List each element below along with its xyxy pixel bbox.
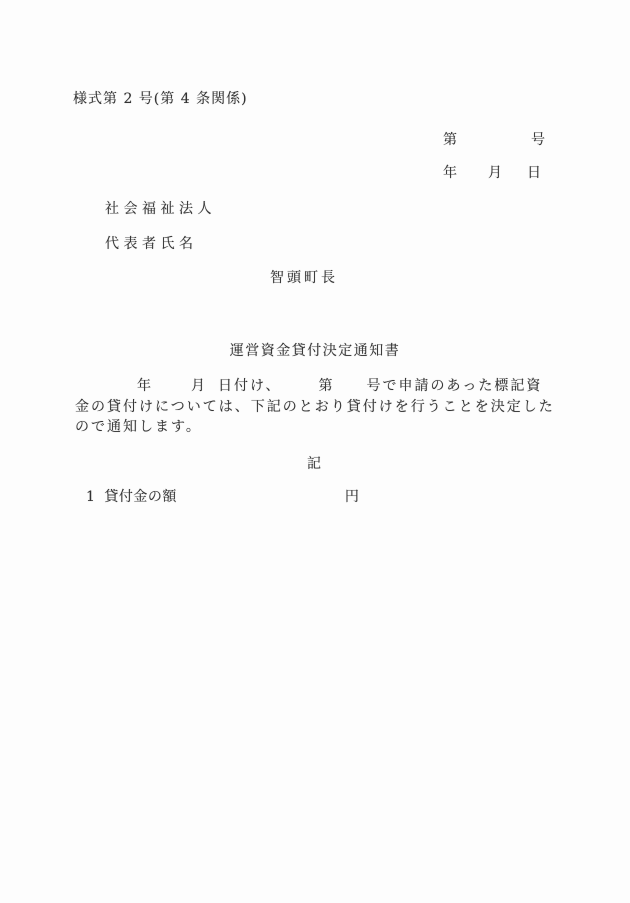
date-year-blank-field xyxy=(459,176,488,177)
item-unit-label: 円 xyxy=(345,489,360,505)
date-day-label: 日 xyxy=(527,165,543,181)
item-label: 貸付金の額 xyxy=(104,489,177,505)
sender-title-label: 智頭町長 xyxy=(270,271,338,286)
body-indent-blank-field xyxy=(75,389,137,390)
item-number: 1 xyxy=(86,489,95,505)
number-blank-field xyxy=(459,143,531,144)
date-month-label: 月 xyxy=(488,165,504,181)
form-number-label: 様式第 2 号(第 4 条関係) xyxy=(73,92,248,107)
addressee-organization-label: 社会福祉法人 xyxy=(105,202,216,217)
body-day-phrase: 日付け、 xyxy=(218,378,281,394)
body-application-number-rest: 号で申請のあった標記資 xyxy=(366,378,542,394)
loan-amount-item-row: 1貸付金の額円 xyxy=(86,490,359,505)
item-amount-blank-field xyxy=(177,500,345,501)
body-paragraph-line-1: 年月日付け、第号で申請のあった標記資 xyxy=(75,379,542,394)
body-month-label: 月 xyxy=(191,378,207,394)
document-number-line: 第号 xyxy=(443,133,547,148)
body-year-blank-field xyxy=(153,389,191,390)
date-month-blank-field xyxy=(504,176,527,177)
body-paragraph-line-3: ので通知します。 xyxy=(75,420,202,435)
body-month-blank-field xyxy=(207,389,218,390)
number-suffix-label: 号 xyxy=(531,132,547,148)
section-marker: 記 xyxy=(0,457,630,472)
body-application-number-blank-field-1 xyxy=(281,389,318,390)
number-prefix-label: 第 xyxy=(443,132,459,148)
body-paragraph-line-2: 金の貸付けについては、下記のとおり貸付けを行うことを決定した xyxy=(75,400,555,415)
body-year-label: 年 xyxy=(137,378,153,394)
date-year-label: 年 xyxy=(443,165,459,181)
document-title: 運営資金貸付決定通知書 xyxy=(0,344,630,359)
date-line: 年月日 xyxy=(443,166,543,181)
body-application-number-blank-field-2 xyxy=(334,389,366,390)
document-page: 様式第 2 号(第 4 条関係) 第号 年月日 社会福祉法人 代表者氏名 智頭町… xyxy=(0,0,630,903)
addressee-representative-label: 代表者氏名 xyxy=(105,237,198,252)
body-application-number-prefix: 第 xyxy=(318,378,334,394)
